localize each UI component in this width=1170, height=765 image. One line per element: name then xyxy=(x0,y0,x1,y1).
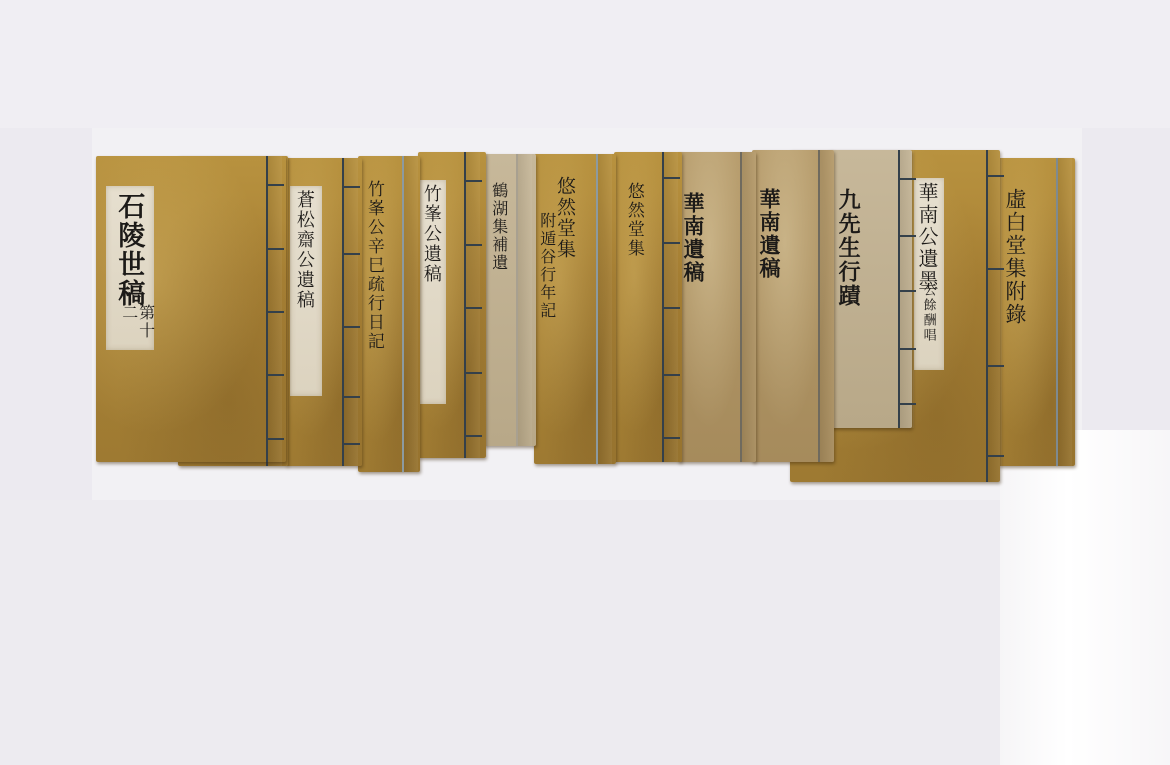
book-changsongjae-gong-yugo: 蒼松齋公遺稿 xyxy=(286,158,362,466)
book-yuyeondang-jip-2: 悠然堂集 xyxy=(614,152,682,462)
book-title: 蒼松齋公遺稿 xyxy=(294,190,313,310)
book-title: 華南遺稿 xyxy=(682,192,704,284)
book-spine xyxy=(740,152,756,462)
book-spine xyxy=(266,156,282,462)
book-label: 華南公遺墨 公餘酬唱 xyxy=(914,178,944,370)
book-jukbong-gong-diary: 竹峯公辛巳疏行日記 xyxy=(358,156,420,472)
book-gu-seonsaeng-haengjeok: 九先生行蹟 xyxy=(828,150,912,428)
book-label: 石陵世稿 第十二 xyxy=(106,186,154,350)
book-title: 竹峯公辛巳疏行日記 xyxy=(364,180,382,351)
book-spine xyxy=(662,152,678,462)
book-spine xyxy=(516,154,532,446)
book-hwanam-yugo-1: 華南遺稿 xyxy=(678,152,756,462)
book-spine xyxy=(464,152,480,458)
book-spine xyxy=(898,150,914,428)
book-spine xyxy=(1056,158,1072,466)
book-subtitle: 附遁谷行年記 xyxy=(538,212,555,320)
background-right-panel xyxy=(1000,430,1170,765)
book-heobaekdang-appendix: 虛白堂集附錄 xyxy=(998,158,1075,466)
book-spine xyxy=(342,158,358,466)
book-title: 華南遺稿 xyxy=(758,188,780,280)
book-spine xyxy=(402,156,418,472)
book-spine xyxy=(818,150,834,462)
book-title: 虛白堂集附錄 xyxy=(1004,188,1026,326)
book-title: 悠然堂集 xyxy=(554,176,574,260)
book-spine xyxy=(986,150,1002,482)
book-label-2 xyxy=(202,182,264,402)
book-title: 悠然堂集 xyxy=(624,182,642,258)
book-label: 蒼松齋公遺稿 xyxy=(290,186,322,396)
book-label: 竹峯公遺稿 xyxy=(420,180,446,404)
book-hwanam-yugo-2: 華南遺稿 xyxy=(752,150,834,462)
background-bottom xyxy=(0,500,1170,765)
background-top xyxy=(0,0,1170,128)
book-title: 九先生行蹟 xyxy=(836,188,859,308)
book-subtitle: 第十二 xyxy=(120,304,154,350)
book-subtitle: 公餘酬唱 xyxy=(921,283,935,343)
book-hakho-jip-boyu: 鶴湖集補遺 xyxy=(484,154,536,446)
book-title: 竹峯公遺稿 xyxy=(421,184,440,284)
book-title: 華南公遺墨 xyxy=(916,182,937,292)
book-title: 石陵世稿 xyxy=(114,192,142,308)
book-yuyeondang-jip-1: 悠然堂集 附遁谷行年記 xyxy=(534,154,616,464)
book-title: 鶴湖集補遺 xyxy=(490,182,507,272)
book-spine xyxy=(596,154,612,464)
book-seokneung-sego: 石陵世稿 第十二 xyxy=(96,156,286,462)
book-jukbong-gong-yugo: 竹峯公遺稿 xyxy=(418,152,486,458)
